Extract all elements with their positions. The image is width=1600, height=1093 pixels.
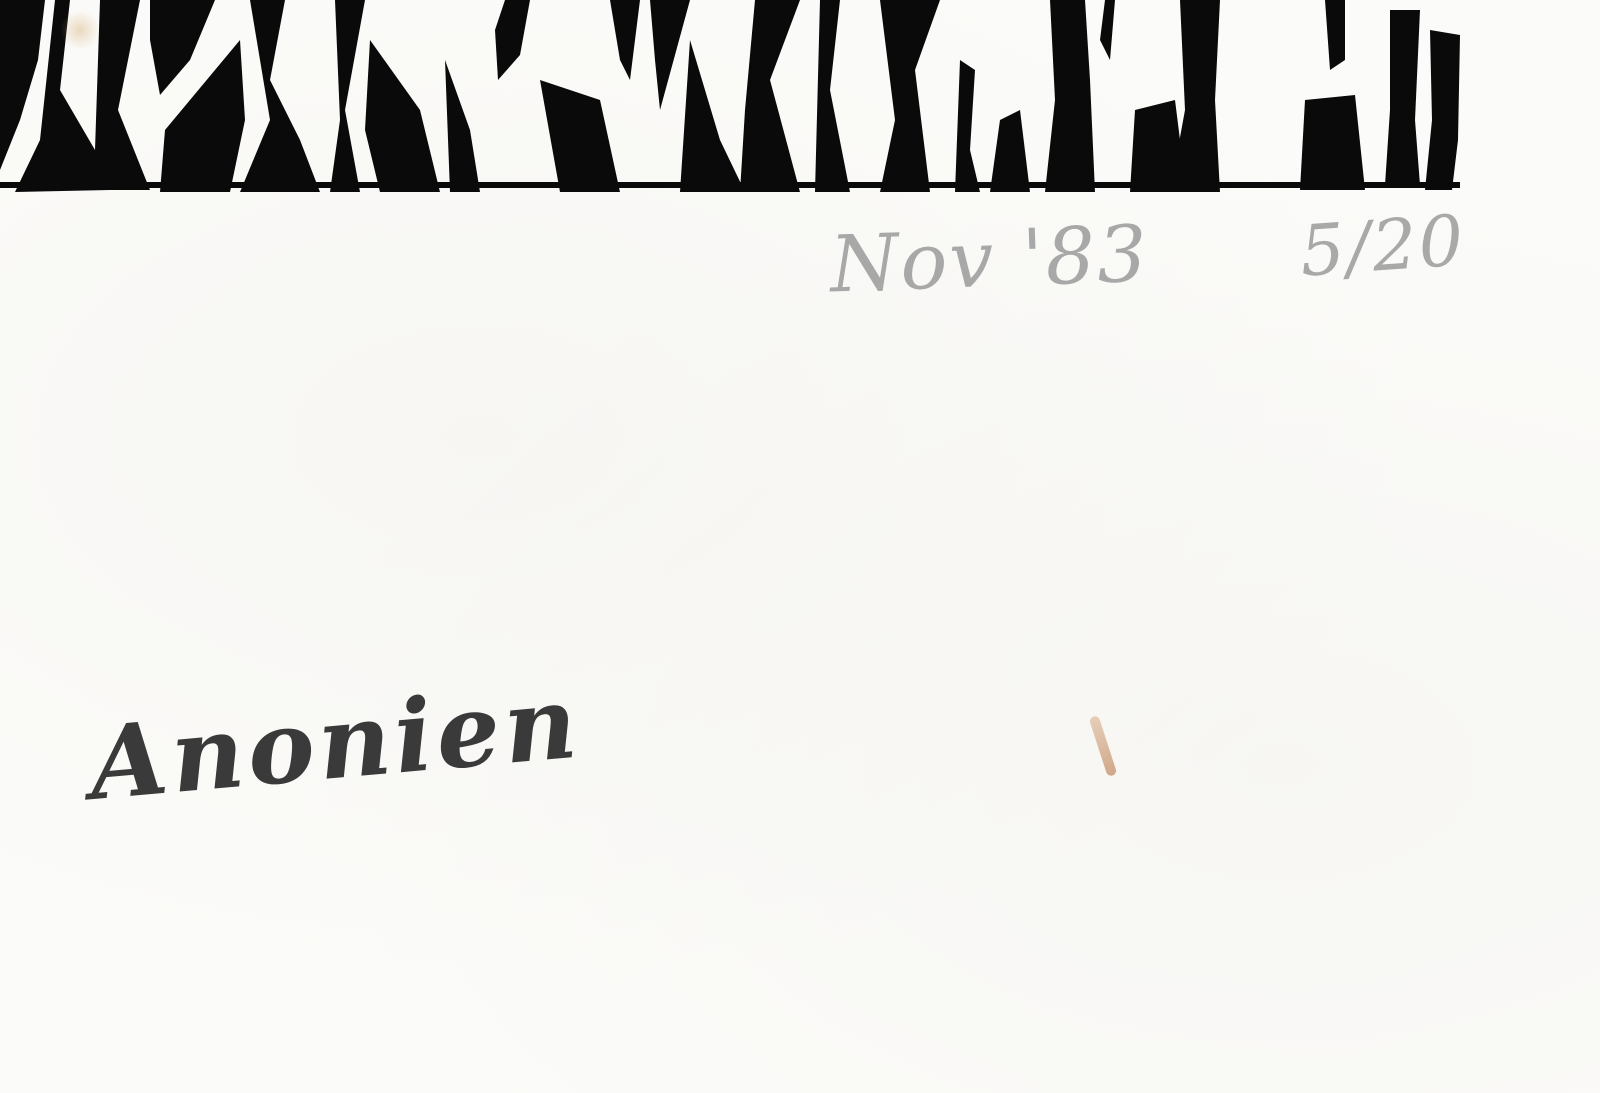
- woodcut-strokes: [0, 0, 1470, 195]
- handwritten-title: Anonien: [85, 663, 585, 823]
- woodcut-image-edge: [0, 0, 1470, 195]
- paper-sheet: Nov '83 5/20 Anonien: [0, 0, 1600, 1093]
- pencil-date-inscription: Nov '83: [829, 209, 1151, 310]
- foxing-spot: [60, 10, 100, 50]
- edition-number-inscription: 5/20: [1297, 199, 1468, 292]
- paper-stain-mark: [1089, 715, 1118, 777]
